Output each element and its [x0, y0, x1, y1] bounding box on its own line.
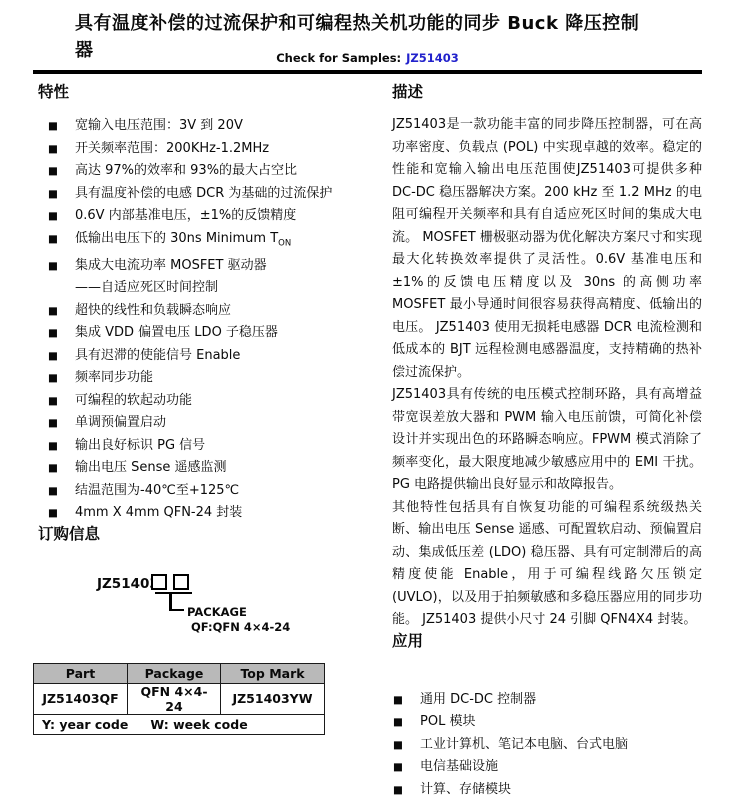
bullet-square-icon: ■	[48, 255, 58, 278]
feature-text: 宽输入电压范围：3V 到 20V	[75, 118, 243, 133]
feature-item: ■超快的线性和负载瞬态响应	[38, 300, 378, 323]
header-divider	[33, 70, 702, 74]
feature-text: 输出电压 Sense 遥感监测	[75, 460, 227, 475]
bullet-square-icon: ■	[48, 300, 58, 323]
feature-text: 具有温度补偿的电感 DCR 为基础的过流保护	[75, 186, 332, 201]
part-prefix-label: JZ51403	[97, 576, 159, 592]
diagram-underline	[155, 592, 192, 595]
bullet-square-icon: ■	[48, 367, 58, 390]
table-footnote: Y: year codeW: week code	[34, 714, 325, 734]
table-footnote-row: Y: year codeW: week code	[34, 714, 325, 734]
col-header-topmark: Top Mark	[221, 663, 325, 683]
feature-text: 高达 97%的效率和 93%的最大占空比	[75, 163, 297, 178]
ordering-table: Part Package Top Mark JZ51403QF QFN 4×4-…	[33, 663, 325, 735]
feature-text: 4mm X 4mm QFN-24 封装	[75, 505, 242, 520]
application-item: ■通用 DC-DC 控制器	[392, 689, 702, 712]
bullet-square-icon: ■	[48, 457, 58, 480]
bullet-square-icon: ■	[393, 689, 403, 712]
package-label: PACKAGE	[187, 605, 247, 619]
feature-item: ■输出电压 Sense 遥感监测	[38, 457, 378, 480]
application-item: ■计算、存储模块	[392, 779, 702, 797]
feature-item: ■宽输入电压范围：3V 到 20V	[38, 115, 378, 138]
application-text: 工业计算机、笔记本电脑、台式电脑	[420, 737, 628, 752]
feature-text: 集成 VDD 偏置电压 LDO 子稳压器	[75, 325, 278, 340]
feature-item: ■频率同步功能	[38, 367, 378, 390]
feature-item: ■低输出电压下的 30ns Minimum TON	[38, 228, 378, 255]
feature-subitem: ■——自适应死区时间控制	[38, 277, 378, 300]
description-paragraph: JZ51403是一款功能丰富的同步降压控制器，可在高功率密度、负载点 (POL)…	[392, 114, 702, 384]
feature-item: ■高达 97%的效率和 93%的最大占空比	[38, 160, 378, 183]
bullet-square-icon: ■	[48, 322, 58, 345]
description-heading: 描述	[392, 83, 702, 102]
left-column: 特性 ■宽输入电压范围：3V 到 20V ■开关频率范围：200KHz-1.2M…	[38, 83, 378, 797]
application-text: 计算、存储模块	[420, 782, 511, 797]
table-row: JZ51403QF QFN 4×4-24 JZ51403YW	[34, 683, 325, 714]
diagram-elbow-line	[169, 609, 184, 612]
samples-line: Check for Samples:JZ51403	[0, 51, 735, 65]
feature-item: ■开关频率范围：200KHz-1.2MHz	[38, 138, 378, 161]
samples-link[interactable]: JZ51403	[406, 51, 459, 65]
application-text: POL 模块	[420, 714, 475, 729]
application-item: ■POL 模块	[392, 711, 702, 734]
bullet-square-icon: ■	[48, 138, 58, 161]
applications-list: ■通用 DC-DC 控制器 ■POL 模块 ■工业计算机、笔记本电脑、台式电脑 …	[392, 689, 702, 797]
datasheet-page: 具有温度补偿的过流保护和可编程热关机功能的同步 Buck 降压控制器 Check…	[0, 0, 735, 797]
feature-text: 具有迟滞的使能信号 Enable	[75, 348, 240, 363]
week-code-note: W: week code	[150, 717, 247, 732]
feature-text: 超快的线性和负载瞬态响应	[75, 303, 231, 318]
application-item: ■电信基础设施	[392, 756, 702, 779]
ordering-heading: 订购信息	[38, 525, 378, 544]
features-list: ■宽输入电压范围：3V 到 20V ■开关频率范围：200KHz-1.2MHz …	[38, 115, 378, 525]
feature-text: 结温范围为-40℃至+125℃	[75, 483, 239, 498]
application-text: 电信基础设施	[420, 759, 498, 774]
feature-text: ——自适应死区时间控制	[75, 280, 218, 295]
applications-heading: 应用	[392, 632, 702, 651]
cell-package: QFN 4×4-24	[128, 683, 221, 714]
feature-item: ■结温范围为-40℃至+125℃	[38, 480, 378, 503]
package-value: QF:QFN 4×4-24	[191, 620, 290, 634]
bullet-square-icon: ■	[48, 480, 58, 503]
bullet-square-icon: ■	[48, 502, 58, 525]
bullet-square-icon: ■	[48, 115, 58, 138]
feature-item: ■具有温度补偿的电感 DCR 为基础的过流保护	[38, 183, 378, 206]
bullet-square-icon: ■	[48, 345, 58, 368]
feature-text: 频率同步功能	[75, 370, 153, 385]
description-paragraph: 其他特性包括具有自恢复功能的可编程系统级热关断、输出电压 Sense 遥感、可配…	[392, 497, 702, 632]
features-heading: 特性	[38, 83, 378, 102]
samples-label: Check for Samples:	[276, 51, 401, 65]
cell-part: JZ51403QF	[34, 683, 128, 714]
feature-text: 输出良好标识 PG 信号	[75, 438, 205, 453]
feature-item: ■单调预偏置启动	[38, 412, 378, 435]
bullet-square-icon: ■	[48, 228, 58, 251]
application-item: ■工业计算机、笔记本电脑、台式电脑	[392, 734, 702, 757]
feature-text: 低输出电压下的 30ns Minimum T	[75, 231, 278, 246]
feature-item: ■0.6V 内部基准电压，±1%的反馈精度	[38, 205, 378, 228]
bullet-square-icon: ■	[48, 205, 58, 228]
description-body: JZ51403是一款功能丰富的同步降压控制器，可在高功率密度、负载点 (POL)…	[392, 114, 702, 632]
feature-item: ■输出良好标识 PG 信号	[38, 435, 378, 458]
right-column: 描述 JZ51403是一款功能丰富的同步降压控制器，可在高功率密度、负载点 (P…	[392, 83, 702, 797]
feature-text: 0.6V 内部基准电压，±1%的反馈精度	[75, 208, 296, 223]
feature-text: 开关频率范围：200KHz-1.2MHz	[75, 141, 269, 156]
bullet-square-icon: ■	[48, 183, 58, 206]
year-code-note: Y: year code	[42, 717, 128, 732]
bullet-square-icon: ■	[393, 756, 403, 779]
feature-text: 集成大电流功率 MOSFET 驱动器	[75, 258, 267, 273]
application-text: 通用 DC-DC 控制器	[420, 692, 536, 707]
bullet-square-icon: ■	[48, 412, 58, 435]
document-header: 具有温度补偿的过流保护和可编程热关机功能的同步 Buck 降压控制器 Check…	[0, 0, 735, 64]
cell-topmark: JZ51403YW	[221, 683, 325, 714]
bullet-square-icon: ■	[48, 435, 58, 458]
two-column-body: 特性 ■宽输入电压范围：3V 到 20V ■开关频率范围：200KHz-1.2M…	[0, 83, 735, 797]
feature-item: ■可编程的软起动功能	[38, 390, 378, 413]
feature-item: ■集成大电流功率 MOSFET 驱动器	[38, 255, 378, 278]
bullet-square-icon: ■	[48, 390, 58, 413]
col-header-package: Package	[128, 663, 221, 683]
feature-item: ■具有迟滞的使能信号 Enable	[38, 345, 378, 368]
feature-text: 单调预偏置启动	[75, 415, 166, 430]
col-header-part: Part	[34, 663, 128, 683]
feature-item: ■集成 VDD 偏置电压 LDO 子稳压器	[38, 322, 378, 345]
feature-text-subscript: ON	[278, 238, 291, 248]
bullet-square-icon: ■	[393, 734, 403, 757]
description-paragraph: JZ51403具有传统的电压模式控制环路，具有高增益带宽误差放大器和 PWM 输…	[392, 384, 702, 497]
feature-text: 可编程的软起动功能	[75, 393, 192, 408]
bullet-square-icon: ■	[393, 779, 403, 797]
year-code-box	[151, 574, 167, 590]
bullet-square-icon: ■	[393, 711, 403, 734]
ordering-code-diagram: JZ51403 PACKAGE QF:QFN 4×4-24	[38, 570, 378, 642]
feature-item: ■4mm X 4mm QFN-24 封装	[38, 502, 378, 525]
week-code-box	[173, 574, 189, 590]
bullet-square-icon: ■	[48, 160, 58, 183]
table-header-row: Part Package Top Mark	[34, 663, 325, 683]
